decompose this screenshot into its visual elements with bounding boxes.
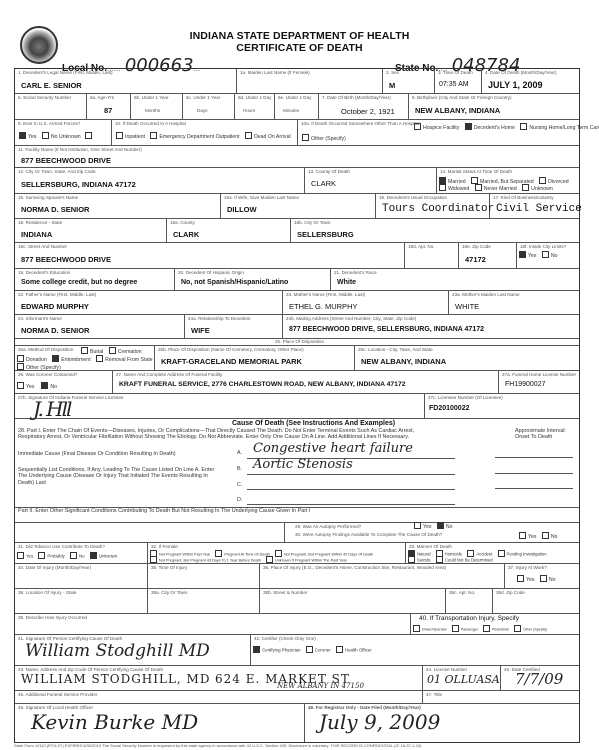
armed-forces-no-checkbox[interactable] [42,132,49,139]
other-place-field: 10a. If Death Occurred Somewhere Other T… [298,120,579,146]
transport-label: 40. If Transportation Injury, Specify [419,615,519,622]
tobacco-probably-checkbox[interactable] [38,552,45,559]
tobacco-no-checkbox[interactable] [70,552,77,559]
sex-value: M [389,81,395,90]
under1-months-field: 6b. Under 1 Year Months [131,94,183,120]
pregnant-43-days-checkbox[interactable] [150,556,157,563]
apt-field: 18d. Apt. No. [405,243,459,269]
age-value: 87 [104,106,112,115]
city-limits-field: 18f. Inside City Limits? Yes No [517,243,579,269]
registrar-date: July 9, 2009 [319,710,440,734]
certifier-license: 01 OLLUASA [427,673,500,686]
transport-other-checkbox[interactable] [514,625,521,632]
manner-undetermined-checkbox[interactable] [436,556,443,563]
inpatient-checkbox[interactable] [116,132,123,139]
work-yes-checkbox[interactable] [517,575,524,582]
never-married-checkbox[interactable] [475,184,482,191]
armed-forces-yes-checkbox[interactable] [19,132,26,139]
disposition-section: 25. Place Of Disposition [15,339,579,346]
under1day-hours-field: 6d. Under 1 Day Hours [235,94,275,120]
birthplace-field: 8. Birthplace (City And State Or Foreign… [409,94,579,120]
passenger-checkbox[interactable] [452,625,459,632]
residence-street: 877 BEECHWOOD DRIVE [21,255,111,264]
facility-value: 877 BEECHWOOD DRIVE [21,156,111,165]
ssn-field: 5. Social Security Number [15,94,87,120]
manner-pending-checkbox[interactable] [498,550,505,557]
age-field: 6a. Age-Yrs 87 [87,94,131,120]
tobacco-field: 31. Did Tobacco Use Contribute To Death?… [15,543,148,564]
disposition-place-field: 25b. Place Of Disposition (Name Of Cemet… [155,346,355,371]
sequential-label: Sequentially List Conditions, If Any, Le… [18,467,223,486]
cause-heading: Cause Of Death (See Instructions And Exa… [232,420,395,427]
funeral-facility-field: 27. Name And Complete Address Of Funeral… [113,371,499,394]
tobacco-yes-checkbox[interactable] [17,552,24,559]
title-field: 47. Title [423,691,579,704]
certifier-type-field: 42. Certifier (Check Only One) Certifyin… [251,635,579,666]
widowed-checkbox[interactable] [439,184,446,191]
agency-title: INDIANA STATE DEPARTMENT OF HEALTH [0,30,599,42]
cause-instructions: 28. Part I. Enter The Chain Of Events—Di… [18,428,428,441]
spouse-name: NORMA D. SENIOR [21,205,89,214]
residence-city-field: 18b. City Or Town SELLERSBURG [291,219,579,243]
marital-status-field: 14. Marital Status At Time Of Death Marr… [437,168,579,194]
marital-unknown-checkbox[interactable] [522,184,529,191]
manner-accident-checkbox[interactable] [467,550,474,557]
nursing-home-checkbox[interactable] [520,123,527,130]
date-certified: 7/7/09 [515,670,563,688]
county-of-death-field: 13. County Of Death CLARK [305,168,437,194]
director-license-field: 27c. Licensee Number (Of Licensee) FD201… [425,394,579,419]
residence-state-field: 18. Residence - State INDIANA [15,219,167,243]
findings-no-checkbox[interactable] [542,532,549,539]
burial-checkbox[interactable] [81,347,88,354]
residence-county: CLARK [173,230,199,239]
spouse-maiden: DILLOW [227,205,257,214]
pregnant-at-death-checkbox[interactable] [215,550,222,557]
funeral-signature: J. Hll [33,397,70,421]
zip-field: 18e. Zip Code 47172 [459,243,517,269]
funeral-license: FH19900027 [505,381,545,388]
coroner-yes-checkbox[interactable] [17,382,24,389]
city-limits-no-checkbox[interactable] [542,251,549,258]
sex-field: 2. Sex M [383,69,435,94]
certifier-name: WILLIAM STODGHILL, MD [21,672,210,686]
residence-state: INDIANA [21,230,52,239]
residence-city: SELLERSBURG [297,230,354,239]
time-of-death: 07:35 AM [439,81,469,88]
maiden-name-field: 1a. Maiden Last Name (If Female) [237,69,383,94]
tobacco-unknown-checkbox[interactable] [90,552,97,559]
informant-relation-field: 24a. Relationship To Decedent WIFE [185,315,283,339]
registrar-date-field: 49. For Registrar Only - Date Filed (Mon… [305,704,579,742]
certifier-license-field: 44. License Number 01 OLLUASA [423,666,501,691]
certifier-address-line2: NEW ALBANY IN 47150 [277,682,364,690]
cause-line-a: Congestive heart failure [253,441,413,456]
residence-zip: 47172 [465,255,486,264]
transport-injury-field: 40. If Transportation Injury, Specify Dr… [411,614,579,635]
certifying-physician-checkbox[interactable] [253,646,260,653]
under1-days-field: 6c. Under 1 Year Days [183,94,235,120]
race-field: 21. Decedent's Race White [331,269,579,291]
industry-field: 17. Kind Of Business/Industry Civil Serv… [490,194,579,219]
interval-label: Approximate Interval: Onset To Death [515,428,575,441]
autopsy-no-checkbox[interactable] [437,522,444,529]
other-place-checkbox[interactable] [302,134,309,141]
autopsy-yes-checkbox[interactable] [414,522,421,529]
autopsy-field: 29. Was An Autopsy Performed? Yes No 30.… [285,523,579,543]
pregnant-unknown-checkbox[interactable] [266,556,273,563]
injury-date-field: 34. Date Of Injury (Month/Day/Year) [15,564,148,589]
city-state-zip: SELLERSBURG, INDIANA 47172 [21,180,136,189]
pregnant-42-days-checkbox[interactable] [275,550,282,557]
injury-at-work-field: 37. Injury At Work? Yes No [505,564,579,589]
date-of-birth: October 2, 1921 [341,107,395,116]
armed-forces-unknown-checkbox[interactable] [85,132,92,139]
spouse-maiden-field: 15a. If Wife, Give Maiden Last Name DILL… [221,194,376,219]
health-officer-field: 48. Signature Of Local Health Officer Ke… [15,704,305,742]
time-of-death-field: 3. Time Of Death 07:35 AM [435,69,482,94]
decedents-home-checkbox[interactable] [465,123,472,130]
entombment-checkbox[interactable] [52,355,59,362]
education-value: Some college credit, but no degree [21,279,137,286]
certifier-signature: William Stodghill MD [25,641,210,661]
informant-relation: WIFE [191,326,210,335]
city-limits-yes-checkbox[interactable] [519,251,526,258]
decedent-name-field: 1. Decedent's Legal Name (First, Middle,… [15,69,237,94]
coroner-no-checkbox[interactable] [41,382,48,389]
date-certified-field: 45. Date Certified 7/7/09 [501,666,579,691]
director-license: FD20100022 [429,405,469,412]
work-no-checkbox[interactable] [540,575,547,582]
removal-checkbox[interactable] [96,355,103,362]
spouse-name-field: 15. Surviving Spouse's Name NORMA D. SEN… [15,194,221,219]
injury-zip-field: 38d. Zip Code [493,589,579,614]
informant-name-field: 24. Informant's Name NORMA D. SENIOR [15,315,185,339]
birthplace: NEW ALBANY, INDIANA [415,106,500,115]
certifier-coroner-checkbox[interactable] [306,646,313,653]
facility-field: 11. Facility Name (If Not Institution, G… [15,146,579,168]
mother-maiden-field: 23a. Mother's Maiden Last Name WHITE [449,291,579,315]
hospital-field: 10. If Death Occurred In A Hospital Inpa… [112,120,298,146]
manner-of-death-field: 33. Manner Of Death Natural Homicide Acc… [406,543,579,564]
county-of-death: CLARK [311,179,336,188]
residence-street-field: 18c. Street And Number 877 BEECHWOOD DRI… [15,243,405,269]
funeral-facility: KRAFT FUNERAL SERVICE, 2776 CHARLESTOWN … [119,381,406,388]
death-certificate-form: 1. Decedent's Legal Name (First, Middle,… [14,68,580,743]
form-footer: State Form 10110 (R7/4-07) EXPIRES 6/30/… [14,743,422,748]
describe-injury-field: 39. Describe How Injury Occurred [15,614,411,635]
injury-time-field: 35. Time Of Injury [148,564,260,589]
hispanic-origin-field: 20. Decedent Of Hispanic Origin No, not … [175,269,331,291]
injury-street-field: 38b. Street & Number [260,589,446,614]
health-officer-signature: Kevin Burke MD [31,710,198,734]
donation-checkbox[interactable] [17,355,24,362]
if-female-field: 32. If Female Not Pregnant Within Past Y… [148,543,406,564]
armed-forces-field: 9. Ever In U.S. Armed Forces? Yes No Unk… [15,120,112,146]
cause-line-b: Aortic Stenosis [253,457,353,472]
decedent-name: CARL E. SENIOR [21,81,82,90]
education-field: 19. Decedent's Education Some college cr… [15,269,175,291]
hispanic-origin: No, not Spanish/Hispanic/Latino [181,279,288,286]
divorced-checkbox[interactable] [539,177,546,184]
mother-maiden: WHITE [455,302,479,311]
additional-provider-field: 46. Additional Funeral Service Provider [15,691,423,704]
injury-state-field: 38. Location Of Injury - State [15,589,148,614]
date-of-death: JULY 1, 2009 [488,80,543,90]
funeral-signature-field: 27b. Signature Of Indiana Funeral Servic… [15,394,425,419]
doa-checkbox[interactable] [245,132,252,139]
occupation-field: 16. Decedent's Usual Occupation Tours Co… [376,194,490,219]
findings-yes-checkbox[interactable] [519,532,526,539]
hospice-checkbox[interactable] [414,123,421,130]
father-name: EDWARD MURPHY [21,302,89,311]
injury-apt-field: 38c. Apt. No. [446,589,493,614]
certifier-signature-field: 41. Signature Of Person Certifying Cause… [15,635,251,666]
disposition-location-field: 25c. Location - City, Town, And State NE… [355,346,579,371]
informant-name: NORMA D. SENIOR [21,326,89,335]
part2-conditions-field [15,523,285,543]
part2-label: Part II. Enter Other Significant Conditi… [18,508,311,514]
separated-checkbox[interactable] [471,177,478,184]
married-checkbox[interactable] [439,177,446,184]
er-outpatient-checkbox[interactable] [150,132,157,139]
residence-county-field: 18a. County CLARK [167,219,291,243]
father-name-field: 22. Father's Name (First, Middle, Last) … [15,291,283,315]
immediate-cause-label: Immediate Cause (Final Disease Or Condit… [18,451,228,457]
funeral-license-field: 27a. Funeral Home License Number FH19900… [499,371,579,394]
mailing-address: 877 BEECHWOOD DRIVE, SELLERSBURG, INDIAN… [289,326,484,333]
mother-name: ETHEL G. MURPHY [289,302,357,311]
cremation-checkbox[interactable] [109,347,116,354]
mailing-address-field: 24b. Mailing Address (Street And Number,… [283,315,579,339]
date-of-death-field: 4. Date Of Death (Month/Day/Year) JULY 1… [482,69,579,94]
race: White [337,279,356,286]
manner-suicide-checkbox[interactable] [408,556,415,563]
disposition-location: NEW ALBANY, INDIANA [361,357,446,366]
coroner-field: 26. Was Coroner Contacted? Yes No [15,371,113,394]
driver-checkbox[interactable] [413,625,420,632]
mother-name-field: 23. Mother's Name (First, Middle, Last) … [283,291,449,315]
certifier-name-address-field: 43. Name, Address And Zip Code Of Person… [15,666,423,691]
occupation: Tours Coordinator [382,203,494,215]
date-of-birth-field: 7. Date Of Birth (Month/Day/Year) Octobe… [319,94,409,120]
pedestrian-checkbox[interactable] [483,625,490,632]
cause-of-death-section: Cause Of Death (See Instructions And Exa… [15,419,579,523]
certificate-title: CERTIFICATE OF DEATH [0,42,599,54]
city-state-zip-field: 12. City Or Town, State, And Zip Code SE… [15,168,305,194]
other-disposition-checkbox[interactable] [17,363,24,370]
industry: Civil Service [496,203,582,215]
disposition-method-field: 25a. Method Of Disposition Burial Cremat… [15,346,155,371]
disposition-place: KRAFT-GRACELAND MEMORIAL PARK [161,357,302,366]
under1day-minutes-field: 6e. Under 1 Day Minutes [275,94,319,120]
injury-place-field: 36. Place Of Injury (E.G., Decedent's Ho… [260,564,505,589]
health-officer-checkbox[interactable] [336,646,343,653]
injury-city-field: 38a. City Or Town [148,589,260,614]
